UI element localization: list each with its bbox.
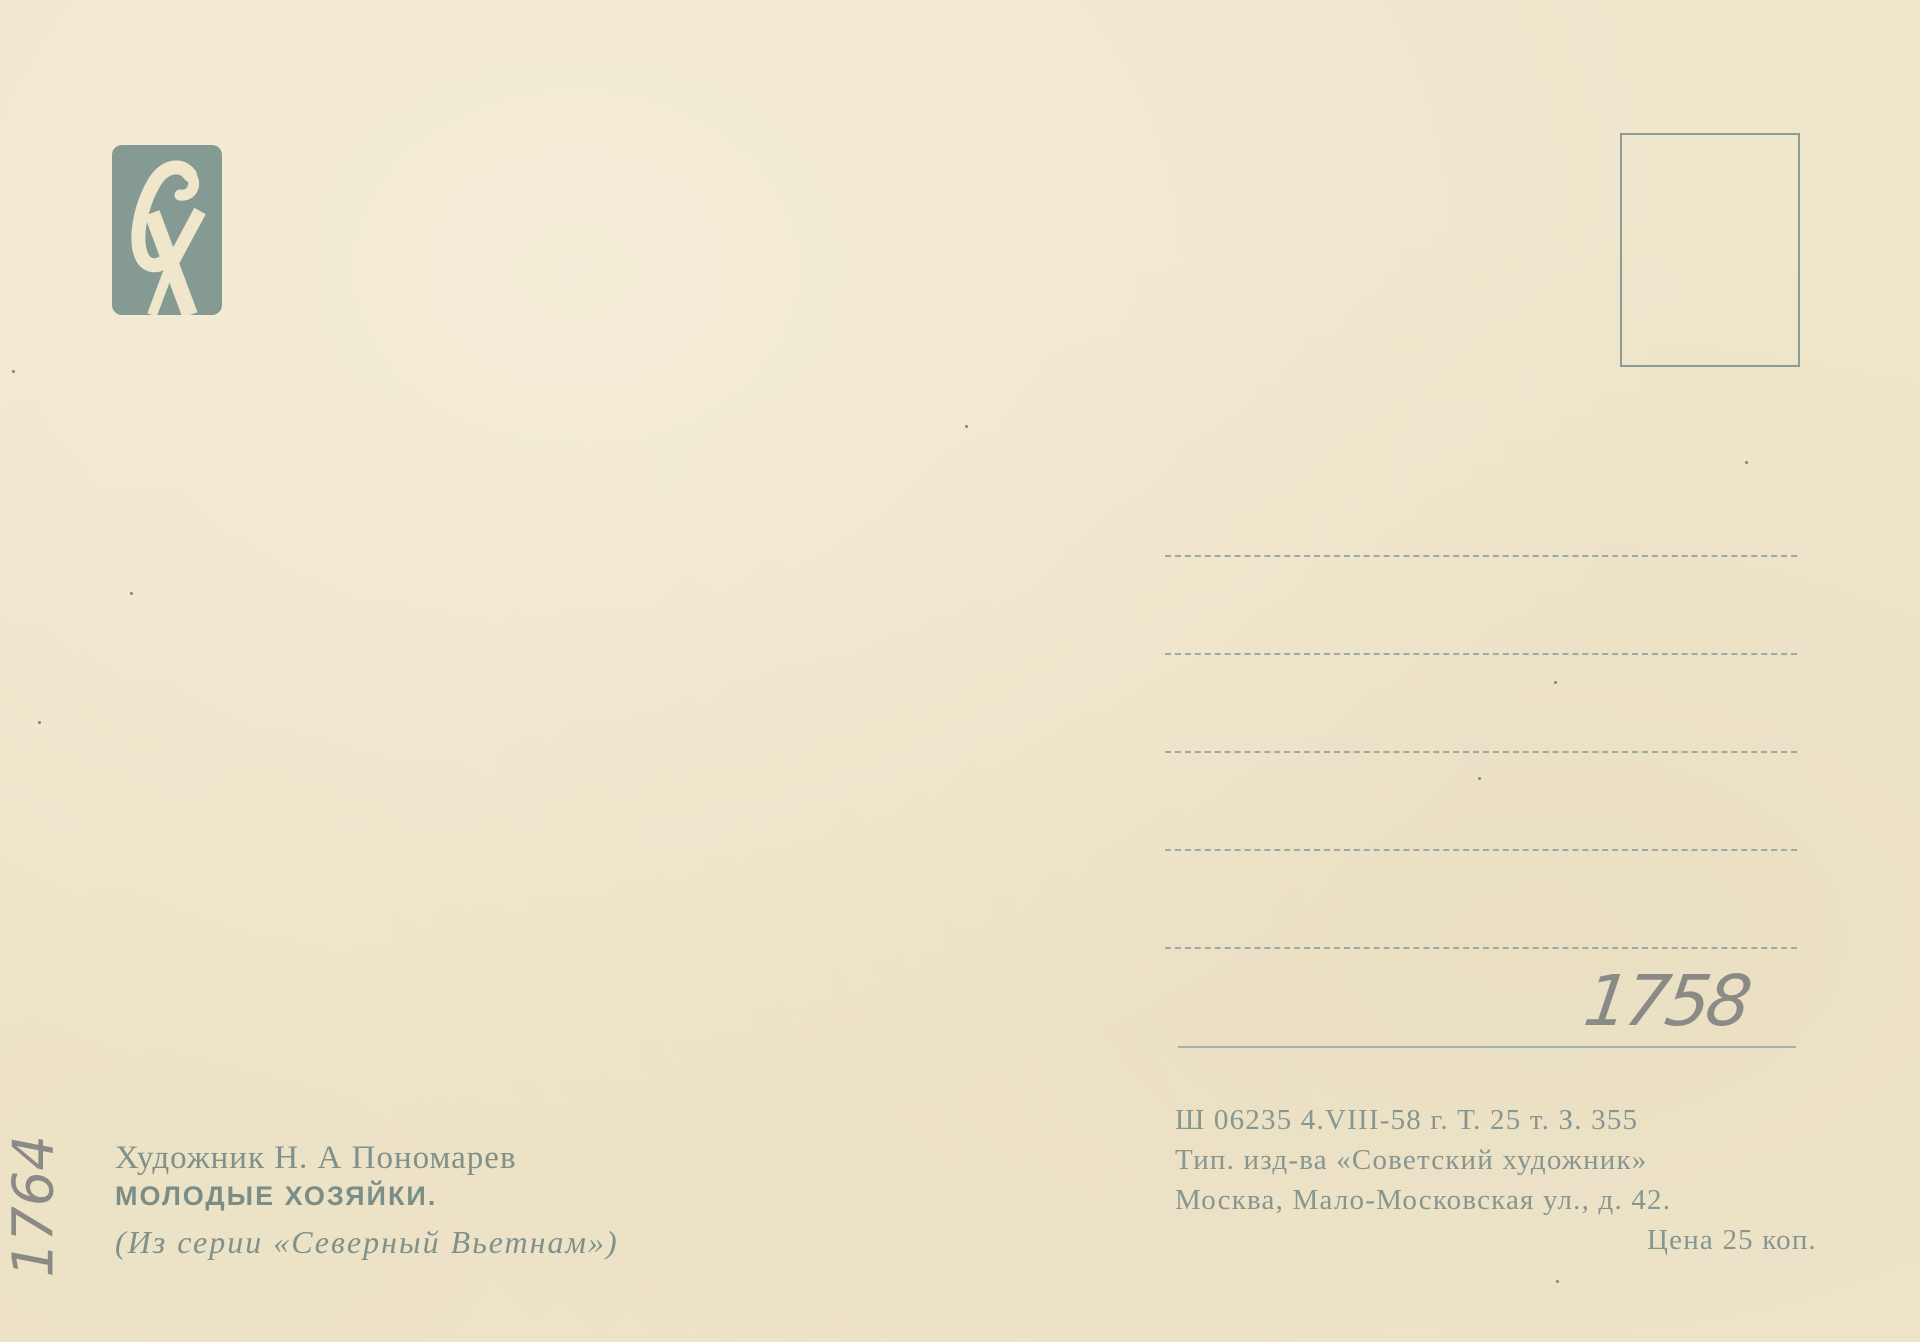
address-line-5 <box>1165 947 1797 949</box>
credit-block: Художник Н. А Пономарев МОЛОДЫЕ ХОЗЯЙКИ.… <box>115 1138 755 1270</box>
paper-speck <box>1554 681 1557 684</box>
imprint-price: Цена 25 коп. <box>1175 1220 1823 1260</box>
address-line-3 <box>1165 751 1797 753</box>
artist-credit: Художник Н. А Пономарев <box>115 1138 755 1178</box>
address-line-4 <box>1165 849 1797 851</box>
address-line-final <box>1178 1046 1796 1048</box>
paper-speck <box>130 592 133 595</box>
postcard-back: 1758 1764 Художник Н. А Пономарев МОЛОДЫ… <box>0 0 1920 1342</box>
stamp-placeholder-box <box>1620 133 1800 367</box>
artwork-title: МОЛОДЫЕ ХОЗЯЙКИ. <box>115 1178 755 1214</box>
imprint-order-line: Ш 06235 4.VIII-58 г. Т. 25 т. З. 355 <box>1175 1100 1823 1140</box>
publisher-logo <box>112 145 222 315</box>
series-note: (Из серии «Северный Вьетнам») <box>115 1214 755 1270</box>
imprint-printer-line: Тип. изд-ва «Советский художник» <box>1175 1140 1823 1180</box>
imprint-block: Ш 06235 4.VIII-58 г. Т. 25 т. З. 355 Тип… <box>1175 1100 1823 1260</box>
address-line-2 <box>1165 653 1797 655</box>
paper-speck <box>1478 777 1481 780</box>
handwritten-serial-number: 1758 <box>1579 960 1753 1042</box>
paper-speck <box>965 425 968 428</box>
paper-speck <box>1745 461 1748 464</box>
address-line-1 <box>1165 555 1797 557</box>
publisher-monogram-icon <box>112 145 222 315</box>
handwritten-edge-note: 1764 <box>2 1138 67 1278</box>
paper-speck <box>12 370 15 373</box>
imprint-address-line: Москва, Мало-Московская ул., д. 42. <box>1175 1180 1823 1220</box>
paper-speck <box>1556 1280 1559 1283</box>
paper-speck <box>38 721 41 724</box>
